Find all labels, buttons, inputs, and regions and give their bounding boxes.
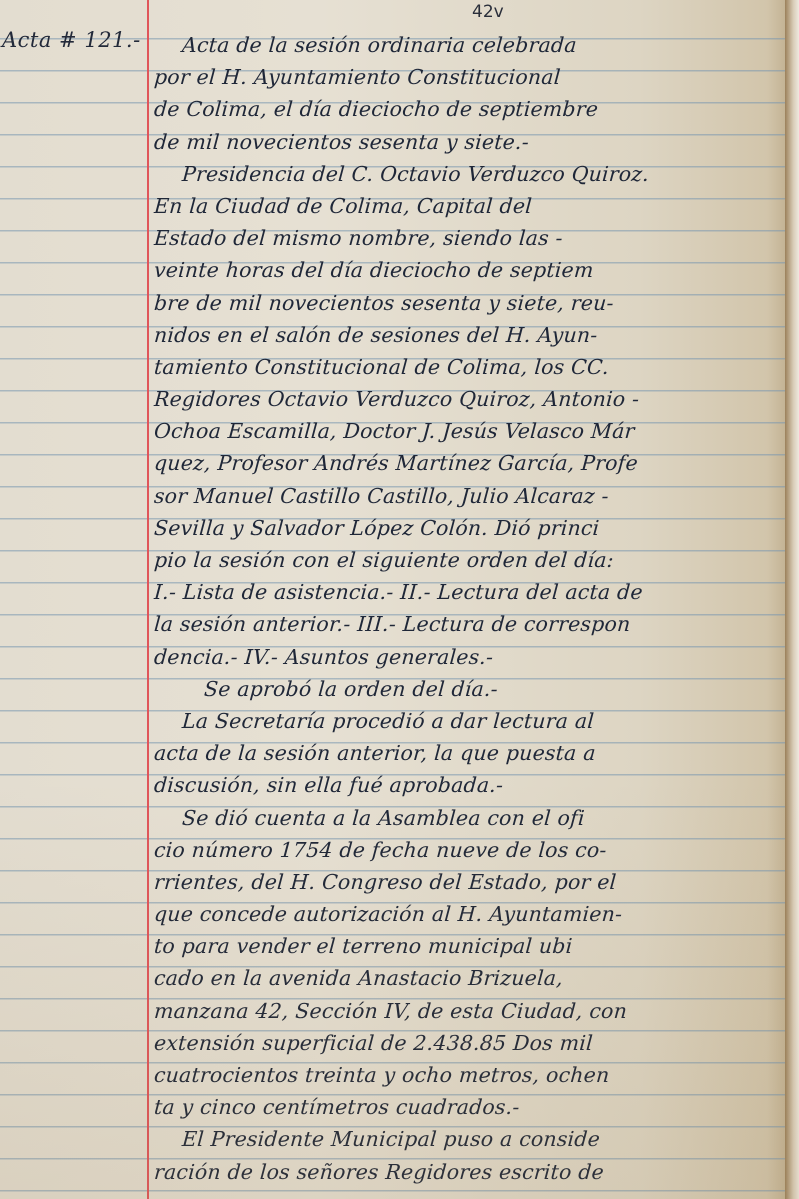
text-line: cado en la avenida Anastacio Brizuela, (153, 963, 785, 995)
text-line: La Secretaría procedió a dar lectura al (153, 706, 785, 738)
text-line: Estado del mismo nombre, siendo las - (153, 223, 785, 255)
text-line: cio número 1754 de fecha nueve de los co… (153, 835, 785, 867)
text-line: discusión, sin ella fué aprobada.- (153, 770, 785, 802)
text-line: ta y cinco centímetros cuadrados.- (153, 1092, 785, 1124)
text-line: nidos en el salón de sesiones del H. Ayu… (153, 320, 785, 352)
text-line: to para vender el terreno municipal ubi (153, 931, 785, 963)
text-line: Regidores Octavio Verduzco Quiroz, Anton… (153, 384, 785, 416)
page-edge (785, 0, 799, 1199)
text-line: de Colima, el día dieciocho de septiembr… (153, 94, 785, 126)
text-line: la sesión anterior.- III.- Lectura de co… (153, 609, 785, 641)
text-line: acta de la sesión anterior, la que puest… (153, 738, 785, 770)
ledger-page: 42v Acta # 121.- Acta de la sesión ordin… (0, 0, 799, 1199)
text-line: Presidencia del C. Octavio Verduzco Quir… (153, 159, 785, 191)
text-line: por el H. Ayuntamiento Constitucional (153, 62, 785, 94)
text-line: de mil novecientos sesenta y siete.- (153, 127, 785, 159)
text-line: que concede autorización al H. Ayuntamie… (153, 899, 785, 931)
text-line: veinte horas del día dieciocho de septie… (153, 255, 785, 287)
text-line: El Presidente Municipal puso a conside (153, 1124, 785, 1156)
text-line: Se dió cuenta a la Asamblea con el ofi (153, 803, 785, 835)
text-line: Sevilla y Salvador López Colón. Dió prin… (153, 513, 785, 545)
folio-number: 42v (472, 2, 504, 22)
text-line: I.- Lista de asistencia.- II.- Lectura d… (153, 577, 785, 609)
text-line: sor Manuel Castillo Castillo, Julio Alca… (153, 481, 785, 513)
text-line: En la Ciudad de Colima, Capital del (153, 191, 785, 223)
text-line: Acta de la sesión ordinaria celebrada (153, 30, 785, 62)
act-number-note: Acta # 121.- (2, 28, 141, 52)
text-line: rrientes, del H. Congreso del Estado, po… (153, 867, 785, 899)
text-line: bre de mil novecientos sesenta y siete, … (153, 288, 785, 320)
text-line: tamiento Constitucional de Colima, los C… (153, 352, 785, 384)
text-line: dencia.- IV.- Asuntos generales.- (153, 642, 785, 674)
handwritten-body: Acta de la sesión ordinaria celebradapor… (154, 30, 784, 1189)
text-line: extensión superficial de 2.438.85 Dos mi… (153, 1028, 785, 1060)
text-line: Ochoa Escamilla, Doctor J. Jesús Velasco… (153, 416, 785, 448)
text-line: cuatrocientos treinta y ocho metros, och… (153, 1060, 785, 1092)
text-line: Se aprobó la orden del día.- (153, 674, 785, 706)
red-margin-line (147, 0, 149, 1199)
text-line: pio la sesión con el siguiente orden del… (153, 545, 785, 577)
text-line: manzana 42, Sección IV, de esta Ciudad, … (153, 996, 785, 1028)
text-line: ración de los señores Regidores escrito … (153, 1157, 785, 1189)
text-line: quez, Profesor Andrés Martínez García, P… (153, 448, 785, 480)
